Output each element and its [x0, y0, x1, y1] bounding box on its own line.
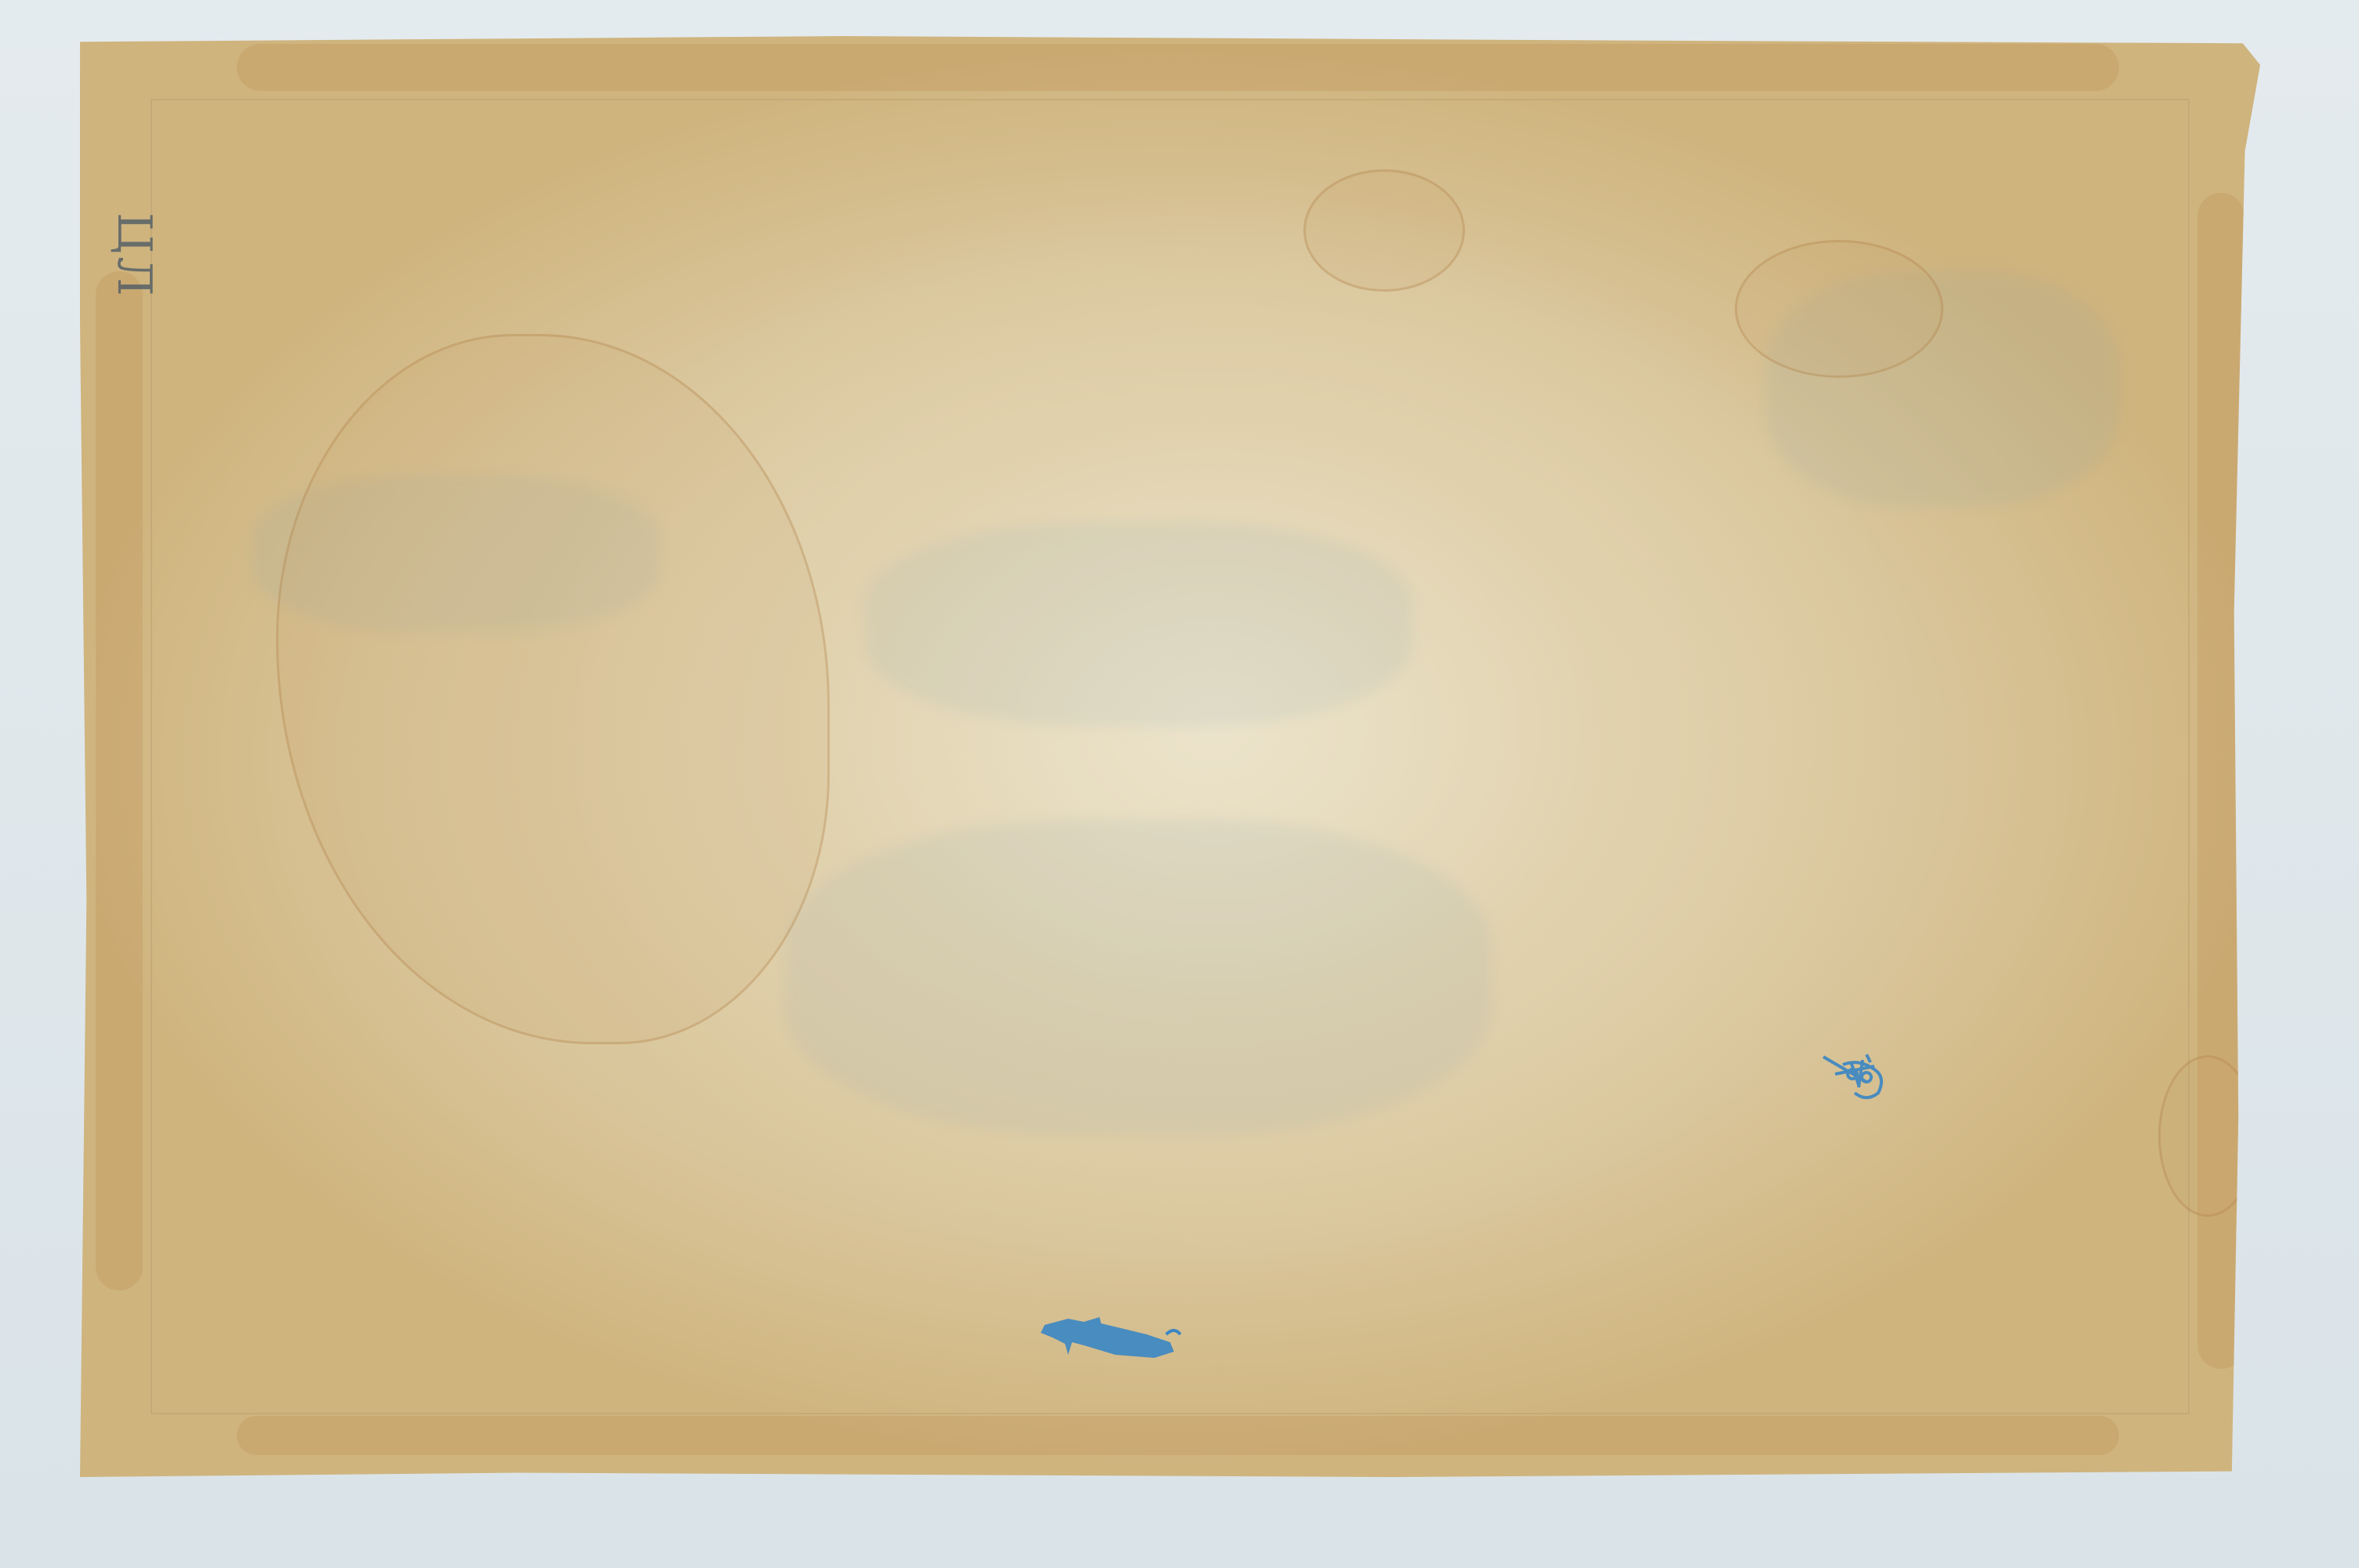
- foxing-spot: [237, 44, 2119, 91]
- paper-sheet: ЦЛ: [80, 36, 2260, 1477]
- pencil-inventory-number: ЦЛ: [107, 212, 162, 299]
- show-through-center: [864, 522, 1413, 726]
- foxing-spot: [96, 271, 143, 1290]
- blue-stamp-lower-right: [1819, 1051, 1898, 1105]
- water-stain: [1735, 240, 1943, 378]
- blue-stamp-bottom-center: [1037, 1311, 1194, 1374]
- water-stain: [1303, 169, 1465, 292]
- show-through-lower: [786, 820, 1492, 1134]
- foxing-spot: [237, 1416, 2119, 1455]
